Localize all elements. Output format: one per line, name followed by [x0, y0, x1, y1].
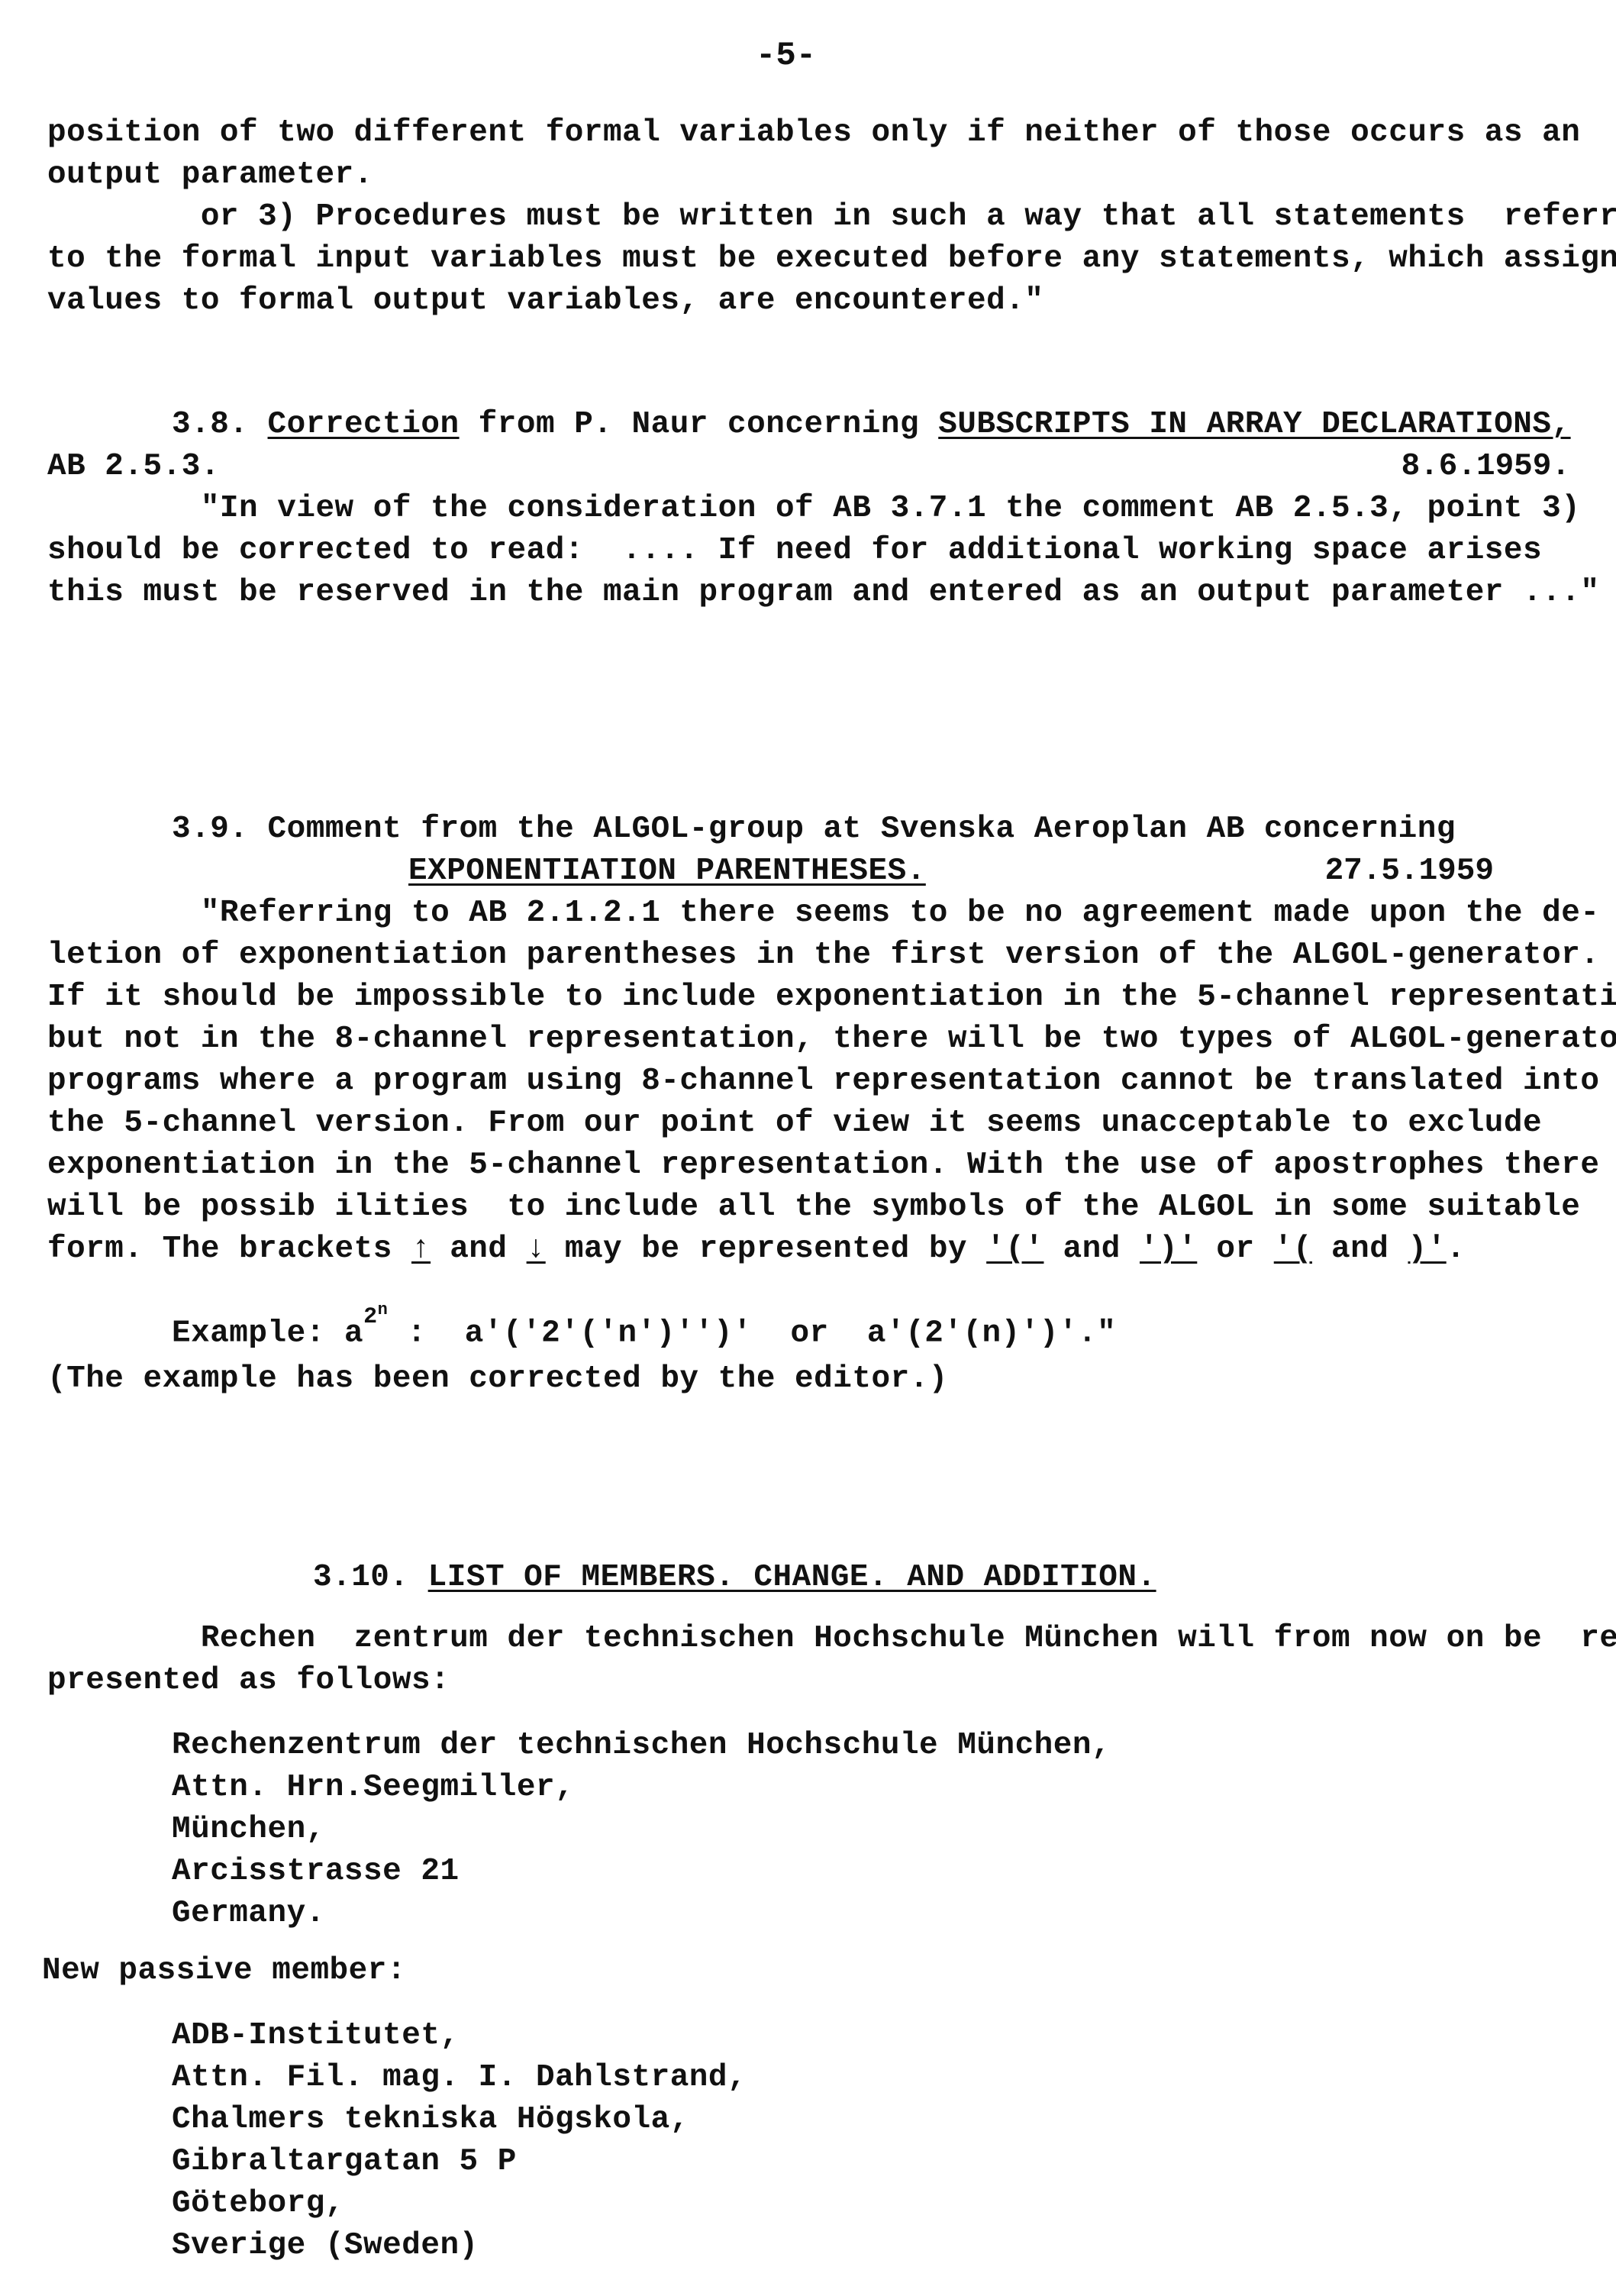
body-line: should be corrected to read: .... If nee…	[47, 531, 1542, 570]
editor-note: (The example has been corrected by the e…	[47, 1359, 948, 1399]
text: and	[1312, 1232, 1408, 1267]
body-line: letion of exponentiation parentheses in …	[47, 935, 1599, 975]
body-line: will be possib ilities to include all th…	[47, 1187, 1580, 1227]
intro-line: position of two different formal variabl…	[47, 113, 1580, 153]
text: or	[1197, 1232, 1273, 1267]
section-3-8-heading: 3.8. Correction from P. Naur concerning …	[172, 405, 1571, 444]
heading-text: from P. Naur concerning	[460, 407, 939, 442]
brackets-line: form. The brackets ↑ and ↓ may be repres…	[47, 1229, 1466, 1269]
section-title: LIST OF MEMBERS. CHANGE. AND ADDITION.	[428, 1560, 1156, 1595]
body-line: exponentiation in the 5-channel represen…	[47, 1145, 1599, 1185]
section-topic: SUBSCRIPTS IN ARRAY DECLARATIONS,	[938, 407, 1570, 442]
address-line: Rechenzentrum der technischen Hochschule…	[172, 1726, 1111, 1765]
intro-line: or 3) Procedures must be written in such…	[47, 197, 1616, 237]
section-3-9-heading: 3.9. Comment from the ALGOL-group at Sve…	[172, 809, 1456, 849]
address-line: München,	[172, 1810, 325, 1849]
body-line: the 5-channel version. From our point of…	[47, 1103, 1542, 1143]
intro-line: values to formal output variables, are e…	[47, 281, 1043, 321]
bracket-repr: '('	[986, 1232, 1043, 1267]
down-arrow-icon: ↓	[527, 1232, 546, 1267]
text: form. The brackets	[47, 1232, 411, 1267]
bracket-repr: '(	[1274, 1232, 1312, 1267]
body-line: but not in the 8-channel representation,…	[47, 1019, 1616, 1059]
address-line: Gibraltargatan 5 P	[172, 2142, 517, 2181]
correction-label: Correction	[268, 407, 460, 442]
section-3-9-topic: EXPONENTIATION PARENTHESES.	[408, 851, 926, 891]
section-3-10-heading: 3.10. LIST OF MEMBERS. CHANGE. AND ADDIT…	[313, 1558, 1156, 1597]
example-base: a	[344, 1316, 363, 1351]
section-number: 3.10.	[313, 1560, 409, 1595]
example-text: : a'('2'('n')'')' or a'(2'(n)')'."	[388, 1316, 1116, 1351]
bracket-repr: )'	[1408, 1232, 1446, 1267]
passive-member-label: New passive member:	[42, 1951, 406, 1991]
body-line: this must be reserved in the main progra…	[47, 573, 1599, 612]
section-3-8-date: 8.6.1959.	[1402, 447, 1570, 486]
example-exponent: 2n	[363, 1304, 388, 1330]
address-line: Göteborg,	[172, 2184, 344, 2223]
address-line: Attn. Fil. mag. I. Dahlstrand,	[172, 2058, 747, 2097]
section-3-8-ref: AB 2.5.3.	[47, 447, 220, 486]
text: .	[1447, 1232, 1466, 1267]
example-line: Example: a2n : a'('2'('n')'')' or a'(2'(…	[172, 1298, 1116, 1354]
body-line: presented as follows:	[47, 1661, 450, 1700]
body-line: Rechen zentrum der technischen Hochschul…	[47, 1619, 1616, 1658]
up-arrow-icon: ↑	[411, 1232, 431, 1267]
address-line: Attn. Hrn.Seegmiller,	[172, 1768, 574, 1807]
exp2: n	[378, 1300, 389, 1319]
body-line: If it should be impossible to include ex…	[47, 977, 1616, 1017]
text: and	[431, 1232, 527, 1267]
address-line: ADB-Institutet,	[172, 2016, 460, 2055]
intro-line: to the formal input variables must be ex…	[47, 239, 1616, 279]
intro-line: output parameter.	[47, 155, 373, 195]
text: may be represented by	[546, 1232, 986, 1267]
bracket-repr: ')'	[1140, 1232, 1197, 1267]
address-line: Chalmers tekniska Högskola,	[172, 2100, 689, 2139]
address-line: Germany.	[172, 1894, 325, 1933]
text: and	[1043, 1232, 1140, 1267]
address-line: Arcisstrasse 21	[172, 1852, 460, 1891]
example-label: Example:	[172, 1316, 325, 1351]
section-3-9-date: 27.5.1959	[1325, 851, 1494, 891]
exp: 2	[363, 1304, 378, 1330]
body-line: "Referring to AB 2.1.2.1 there seems to …	[47, 893, 1599, 933]
address-line: Sverige (Sweden)	[172, 2226, 479, 2265]
page-number: -5-	[756, 37, 816, 75]
body-line: "In view of the consideration of AB 3.7.…	[47, 489, 1580, 528]
section-number: 3.8.	[172, 407, 248, 442]
body-line: programs where a program using 8-channel…	[47, 1061, 1599, 1101]
